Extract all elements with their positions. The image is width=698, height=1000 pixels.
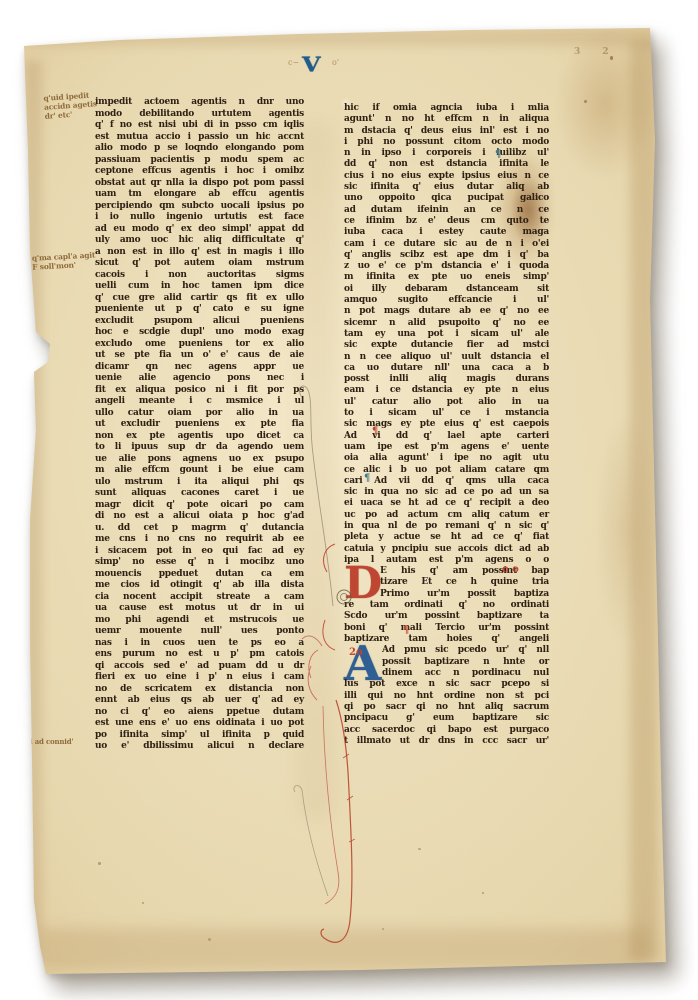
manuscript-text-line: sicut q' pot autem oiam mstrum (95, 258, 304, 270)
manuscript-text-line: pleta y actue se ht ad ce q' fiat (344, 532, 549, 543)
manuscript-text-line: qi po sacr qi no hnt aliq sacrum (344, 702, 549, 713)
manuscript-text-line: ceptone effcus agentis i hoc i omibz (95, 166, 304, 178)
manuscript-text-line: ut excludir pueniens ex pte fia (95, 419, 304, 431)
manuscript-text-line: percipiendo qm subcto uocali ipsius po (95, 201, 304, 213)
manuscript-text-line: amquo sugito effcancie i ul' (344, 295, 549, 306)
manuscript-text-line: uam tm elongare ab effcu agentis (95, 189, 304, 201)
paraph-mark: ¶ (403, 626, 409, 636)
margin-note-line: i ad connid' (30, 737, 73, 746)
foxing-spot (482, 892, 484, 894)
manuscript-text-line: t illmato ut dr dns in ccc sacr ur' (344, 736, 549, 747)
manuscript-text-line: excludit psupom alicui pueniens (95, 316, 304, 328)
manuscript-text-line: passiuam pacientis p modu spem ac (95, 155, 304, 167)
foxing-spot (98, 862, 101, 865)
column2-top-block: hic if omia agncia iuba i mliaagunt' n n… (344, 103, 549, 566)
manuscript-text-line: ce ifinim bz e' deus cm quto te (344, 216, 549, 227)
manuscript-text-line: uly amo uoc hic aliq difficultate q' (95, 235, 304, 247)
manuscript-text-line: cius i no eius expte ipsius eius n ce (344, 171, 549, 182)
manuscript-text-line: i io nullo ingenio urtutis est face (95, 212, 304, 224)
quire-flourish-left: c~ (288, 58, 299, 67)
manuscript-text-line: eam i ce dstancia ey pte n eius (344, 385, 549, 396)
manuscript-text-line: di no est a alicui oiata p hoc g'ad (95, 511, 304, 523)
manuscript-text-line: lus pot exce n sic sacr pcepo si (344, 679, 549, 690)
manuscript-text-line: nas i in cuos uen te ps eo a (95, 638, 304, 650)
foxing-spot (418, 848, 421, 850)
manuscript-text-line: to i sicam ul' ce i mstancia (344, 408, 549, 419)
manuscript-text-line: baptizare tam hoies q' angeli (344, 634, 549, 645)
grey-flourish-upper (299, 386, 333, 606)
manuscript-text-line: n in ipso i corporeis i iuilibz ul' (344, 148, 549, 159)
manuscript-text-line: q' anglis scibz est ape dm i q' ba (344, 250, 549, 261)
manuscript-text-line: ens purum no est u p' pm catois (95, 649, 304, 661)
manuscript-text-line: me cns i no cns no requirit ab ee (95, 534, 304, 546)
manuscript-text-line: u. dd cet p magrm q' dutancia (95, 523, 304, 535)
manuscript-text-line: dicamr qn nec agens appr ue (95, 362, 304, 374)
manuscript-text-line: m alie effcm gount i be eiue cam (95, 465, 304, 477)
manuscript-text-line: sic expte dutancie fier ad mstci (344, 340, 549, 351)
manuscript-text-line: ullo catur oiam por alio in ua (95, 408, 304, 420)
red-tail-barbs (343, 754, 355, 842)
manuscript-text-line: uam ipe est p'm agens e' uente (344, 442, 549, 453)
manuscript-text-line: ulo mstrum i ita aliqui phi qs (95, 477, 304, 489)
stain-right-lower (598, 420, 652, 640)
manuscript-text-line: posst inlli aliq magis durans (344, 374, 549, 385)
manuscript-text-line: mouencis ppeduet dutan ca em (95, 569, 304, 581)
manuscript-text-line: m ifinita ex pte uo eneis simp' (344, 272, 549, 283)
section-initial-d: D E his q' am possint baptizare Et ce h … (344, 566, 549, 645)
section-initial-a: A Ad pmu sic pcedo ur' q' nllpossit bapt… (344, 645, 549, 747)
manuscript-text-line: n n cee aliquo ul' uult dstancia el (344, 352, 549, 363)
manuscript-text-line: z uo e' ce p'm dstancia e' i quoda (344, 261, 549, 272)
margin-note-bottom-left: i ad connid' (30, 737, 73, 746)
manuscript-text-line: cam i ce dutare sic au de n i o'ei (344, 239, 549, 250)
parchment-leaf: c~ V o' 32 q'uid ipeditaccidn agetisdr' … (0, 0, 698, 1000)
manuscript-text-line: fit ex aliqua posico ni i fit por ps (95, 385, 304, 397)
manuscript-text-line: pncipacu g' eum baptizare sic (344, 713, 549, 724)
manuscript-text-line: a non est in illo q' est in magis i illo (95, 247, 304, 259)
initial-d-full-lines: re tam ordinati q' no ordinatiScdo ur'm … (344, 600, 549, 645)
decorated-initial-d: D (344, 566, 376, 600)
manuscript-text-line: oi illy debaram dstanceam sit (344, 284, 549, 295)
manuscript-text-line: n pot mags dutare ab ee q' no ee (344, 306, 549, 317)
manuscript-text-line: pueniente ut p q' cato e su igne (95, 304, 304, 316)
manuscript-text-line: qi accois sed e' ad puam dd u dr (95, 661, 304, 673)
manuscript-text-line: Scdo ur'm possint baptizare ta (344, 611, 549, 622)
manuscript-text-line: cacois i non auctoritas sigms (95, 270, 304, 282)
manuscript-text-line: in qua nl de po remani q' n sic q' (344, 521, 549, 532)
manuscript-text-line: sic ifinita q' eius dutar aliq ab (344, 182, 549, 193)
manuscript-text-line: q' cue gre alid cartir qs fit ex ullo (95, 293, 304, 305)
manuscript-text-line: excludo ome pueniens tor ex alio (95, 339, 304, 351)
manuscript-text-line: sunt aliquas cacones caret i ue (95, 488, 304, 500)
manuscript-text-line: i sicacem pot in eo qui fac ad ey (95, 546, 304, 558)
a-filigree (302, 636, 322, 700)
manuscript-text-line: ca uo dutare nll' una caca a b (344, 363, 549, 374)
quire-mark: V (302, 52, 321, 77)
stain-top-edge (24, 28, 654, 46)
manuscript-text-line: hoc e scdgie dupl' uno modo exag (95, 327, 304, 339)
paraph-mark: ¶ (495, 150, 501, 160)
manuscript-text-line: sic in qua no sic ad ce po ad un sa (344, 487, 549, 498)
manuscript-text-line: uno oppoito qica pucipat galico (344, 193, 549, 204)
initial-a-full-lines: lus pot exce n sic sacr pcepo siilli qui… (344, 679, 549, 747)
manuscript-text-line: magr dicit q' pote oicari po cam (95, 500, 304, 512)
manuscript-text-line: no de scricatem ex distancia non (95, 684, 304, 696)
manuscript-text-line: m dstacia q' deus eius inl' est i no (344, 126, 549, 137)
manuscript-text-line: est mutua accio i passio un hic accnt (95, 132, 304, 144)
manuscript-text-line: obstat aut qr nlla ia dispo pot pom pass… (95, 178, 304, 190)
manuscript-text-line: iuba caca i estey caute maga (344, 227, 549, 238)
manuscript-text-line: po ifinita simp' ul ifinita p quid (95, 730, 304, 742)
manuscript-text-line: to li ipuus sup dr da agendo uem (95, 442, 304, 454)
manuscript-text-line: agunt' n no ht effcm n in aliqua (344, 114, 549, 125)
manuscript-text-line: tam ey una pot i sicam ul' ale (344, 329, 549, 340)
stain-left-edge (24, 60, 42, 960)
manuscript-text-line: sicemr n alid psupoito q' no ee (344, 318, 549, 329)
paraph-mark: ¶ (364, 474, 370, 484)
stain-right-edge (630, 40, 658, 960)
paraph-mark: 2o (349, 648, 363, 658)
manuscript-text-line: ul' catur alio pot alio in ua (344, 397, 549, 408)
manuscript-text-line: ad eu modo q' ex deo simpl' appat dd (95, 224, 304, 236)
parchment-leaf-wrapper: c~ V o' 32 q'uid ipeditaccidn agetisdr' … (0, 0, 698, 1000)
manuscript-text-line: uemr mouente null' ues ponto (95, 626, 304, 638)
manuscript-text-line: uenie alie agencio pons nec i (95, 373, 304, 385)
manuscript-text-line: i phi no possunt citom octo modo (344, 137, 549, 148)
manuscript-text-line: mo phi agendi et mstrucois ue (95, 615, 304, 627)
manuscript-text-line: catuia y pncipiu sue accois dict ad ab (344, 544, 549, 555)
manuscript-text-line: cia nocent accipit streate a cam (95, 592, 304, 604)
manuscript-text-line: uelli cum in hoc tamen ipm dice (95, 281, 304, 293)
manuscript-text-line: angeli meante i c msmice i ul (95, 396, 304, 408)
paraph-mark: ¶ (372, 427, 378, 437)
manuscript-text-line: ua cause est motus ut dr in ui (95, 603, 304, 615)
grey-flourish-lower (294, 786, 328, 896)
foxing-spot (208, 938, 211, 941)
manuscript-text-line: no ci q' eo aiens ppetue dutam (95, 707, 304, 719)
manuscript-text-line: me cios id otingit q' ab illa dista (95, 580, 304, 592)
d-filigree-bottom (323, 620, 335, 650)
manuscript-text-line: ei uaca se ht ad ce q' recipit a deo (344, 498, 549, 509)
quire-flourish-right: o' (332, 58, 339, 67)
text-column-left: impedit actoem agentis n dnr unomodo deb… (95, 97, 304, 753)
manuscript-text-line: ennt ab eius qs ab uer q' ad ey (95, 695, 304, 707)
manuscript-text-line: dd q' non est dstancia ifinita le (344, 159, 549, 170)
manuscript-text-line: re tam ordinati q' no ordinati (344, 600, 549, 611)
manuscript-text-line: ce alic i b uo pot aliam catare qm (344, 465, 549, 476)
manuscript-photo: c~ V o' 32 q'uid ipeditaccidn agetisdr' … (0, 0, 698, 1000)
foxing-spot (142, 902, 144, 904)
manuscript-text-line: non ex pte agentis upo dicet ca (95, 431, 304, 443)
stain-bottom-edge (40, 928, 650, 970)
margin-note-top-left: q'uid ipeditaccidn agetisdr' etc' (43, 90, 98, 121)
manuscript-text-line: ue alie pons agnens uo ex psupo (95, 454, 304, 466)
manuscript-text-line: cari Ad vii dd q' qms ulla caca (344, 476, 549, 487)
manuscript-text-line: uc po ad actum cm aliq catum er (344, 510, 549, 521)
manuscript-text-line: hic if omia agncia iuba i mlia (344, 103, 549, 114)
margin-note-mid-left: q'ma capl'a agit'F soll'mon' (32, 250, 98, 271)
manuscript-text-line: boni q' mali Tercio ur'm possint (344, 623, 549, 634)
manuscript-text-line: simp' no esse q' n i mocibz uno (95, 557, 304, 569)
foxing-spot (382, 928, 384, 930)
red-tail-secondary (323, 706, 339, 904)
paraph-mark: o o (502, 565, 519, 575)
manuscript-text-line: modo debilitando urtutem agentis (95, 109, 304, 121)
manuscript-text-line: q' f no est nisi ubi di in psso cm iqlis (95, 120, 304, 132)
manuscript-text-line: ad dutam ifeinin an ce n ce (344, 205, 549, 216)
manuscript-text-line: uo e' dbilissimu alicui n declare (95, 741, 304, 753)
manuscript-text-line: est une ens e' uo ens oidinata i uo pot (95, 718, 304, 730)
manuscript-text-line: alio modo p se loqndo elongando pom (95, 143, 304, 155)
manuscript-text-line: acc sacerdoc qi bapo est purgaco (344, 725, 549, 736)
manuscript-text-line: oia alia agunt' i ipe no agit utu (344, 453, 549, 464)
ink-speck (584, 100, 587, 103)
folio-number: 32 (574, 47, 631, 57)
manuscript-text-line: illi qui no hnt ordine non st pci (344, 691, 549, 702)
d-filigree-top (324, 544, 335, 572)
manuscript-text-line: fieri ex uo eine i p' n eius i cam (95, 672, 304, 684)
manuscript-text-line: ut se pte fia un o' e' caus de aie (95, 350, 304, 362)
manuscript-text-line: impedit actoem agentis n dnr uno (95, 97, 304, 109)
